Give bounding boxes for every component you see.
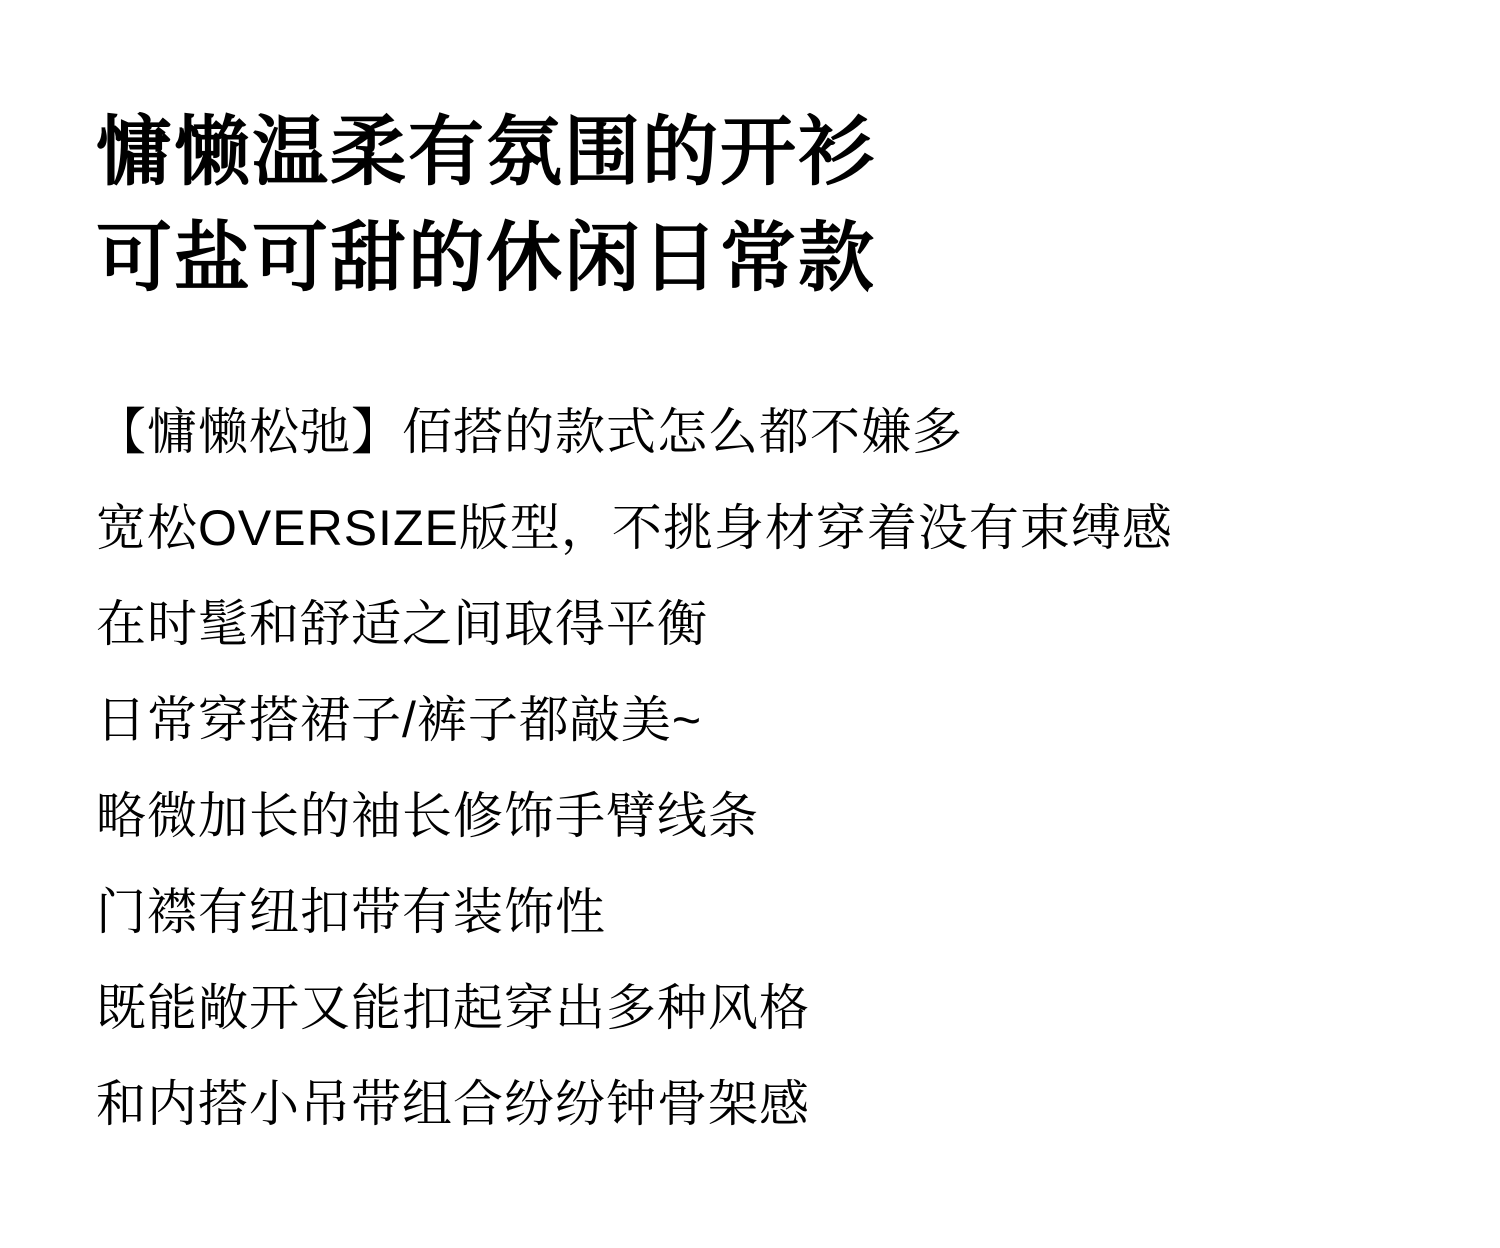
description-line: 【慵懒松弛】佰搭的款式怎么都不嫌多	[96, 384, 1440, 480]
description-line: 日常穿搭裙子/裤子都敲美~	[96, 672, 1440, 768]
page-title: 慵懒温柔有氛围的开衫 可盐可甜的休闲日常款	[96, 100, 1440, 312]
description-line: 门襟有纽扣带有装饰性	[96, 864, 1440, 960]
description-text-block: 【慵懒松弛】佰搭的款式怎么都不嫌多 宽松OVERSIZE版型，不挑身材穿着没有束…	[96, 384, 1440, 1152]
description-line: 略微加长的袖长修饰手臂线条	[96, 768, 1440, 864]
description-line: 既能敞开又能扣起穿出多种风格	[96, 960, 1440, 1056]
description-line: 和内搭小吊带组合纷纷钟骨架感	[96, 1056, 1440, 1152]
description-line: 在时髦和舒适之间取得平衡	[96, 576, 1440, 672]
page-title-line-1: 慵懒温柔有氛围的开衫	[96, 100, 1440, 206]
product-description-page: 慵懒温柔有氛围的开衫 可盐可甜的休闲日常款 【慵懒松弛】佰搭的款式怎么都不嫌多 …	[0, 0, 1500, 1248]
page-title-line-2: 可盐可甜的休闲日常款	[96, 206, 1440, 312]
description-line: 宽松OVERSIZE版型，不挑身材穿着没有束缚感	[96, 480, 1440, 576]
